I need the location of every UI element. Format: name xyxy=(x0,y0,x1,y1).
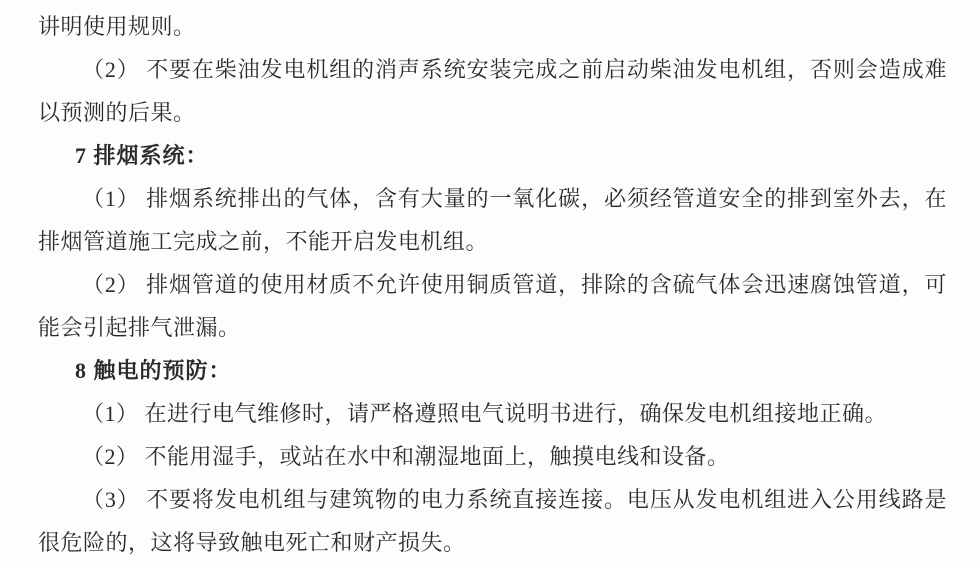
document-page: 讲明使用规则。（2） 不要在柴油发电机组的消声系统安装完成之前启动柴油发电机组，… xyxy=(0,0,980,567)
text-line: 以预测的后果。 xyxy=(38,91,947,134)
paragraph: （2） 不要在柴油发电机组的消声系统安装完成之前启动柴油发电机组，否则会造成难以… xyxy=(38,48,947,134)
text-line: （2） 不能用湿手，或站在水中和潮湿地面上，触摸电线和设备。 xyxy=(38,435,947,478)
text-line: 能会引起排气泄漏。 xyxy=(38,306,947,349)
paragraph: （2） 不能用湿手，或站在水中和潮湿地面上，触摸电线和设备。 xyxy=(38,435,947,478)
paragraph: （3） 不要将发电机组与建筑物的电力系统直接连接。电压从发电机组进入公用线路是很… xyxy=(38,478,947,564)
text-line: 7 排烟系统： xyxy=(38,134,947,177)
text-line: 讲明使用规则。 xyxy=(38,5,947,48)
text-line: （2） 不要在柴油发电机组的消声系统安装完成之前启动柴油发电机组，否则会造成难 xyxy=(38,48,947,91)
text-line: 很危险的，这将导致触电死亡和财产损失。 xyxy=(38,521,947,564)
text-line: （3） 不要将发电机组与建筑物的电力系统直接连接。电压从发电机组进入公用线路是 xyxy=(38,478,947,521)
text-line: （1） 排烟系统排出的气体，含有大量的一氧化碳，必须经管道安全的排到室外去，在 xyxy=(38,177,947,220)
paragraph: 讲明使用规则。 xyxy=(38,5,947,48)
document-text: 讲明使用规则。（2） 不要在柴油发电机组的消声系统安装完成之前启动柴油发电机组，… xyxy=(38,5,947,564)
section-heading: 8 触电的预防： xyxy=(38,349,947,392)
text-line: 8 触电的预防： xyxy=(38,349,947,392)
text-line: （2） 排烟管道的使用材质不允许使用铜质管道，排除的含硫气体会迅速腐蚀管道，可 xyxy=(38,263,947,306)
paragraph: （1） 排烟系统排出的气体，含有大量的一氧化碳，必须经管道安全的排到室外去，在排… xyxy=(38,177,947,263)
text-line: 排烟管道施工完成之前，不能开启发电机组。 xyxy=(38,220,947,263)
paragraph: （2） 排烟管道的使用材质不允许使用铜质管道，排除的含硫气体会迅速腐蚀管道，可能… xyxy=(38,263,947,349)
section-heading: 7 排烟系统： xyxy=(38,134,947,177)
text-line: （1） 在进行电气维修时，请严格遵照电气说明书进行，确保发电机组接地正确。 xyxy=(38,392,947,435)
paragraph: （1） 在进行电气维修时，请严格遵照电气说明书进行，确保发电机组接地正确。 xyxy=(38,392,947,435)
